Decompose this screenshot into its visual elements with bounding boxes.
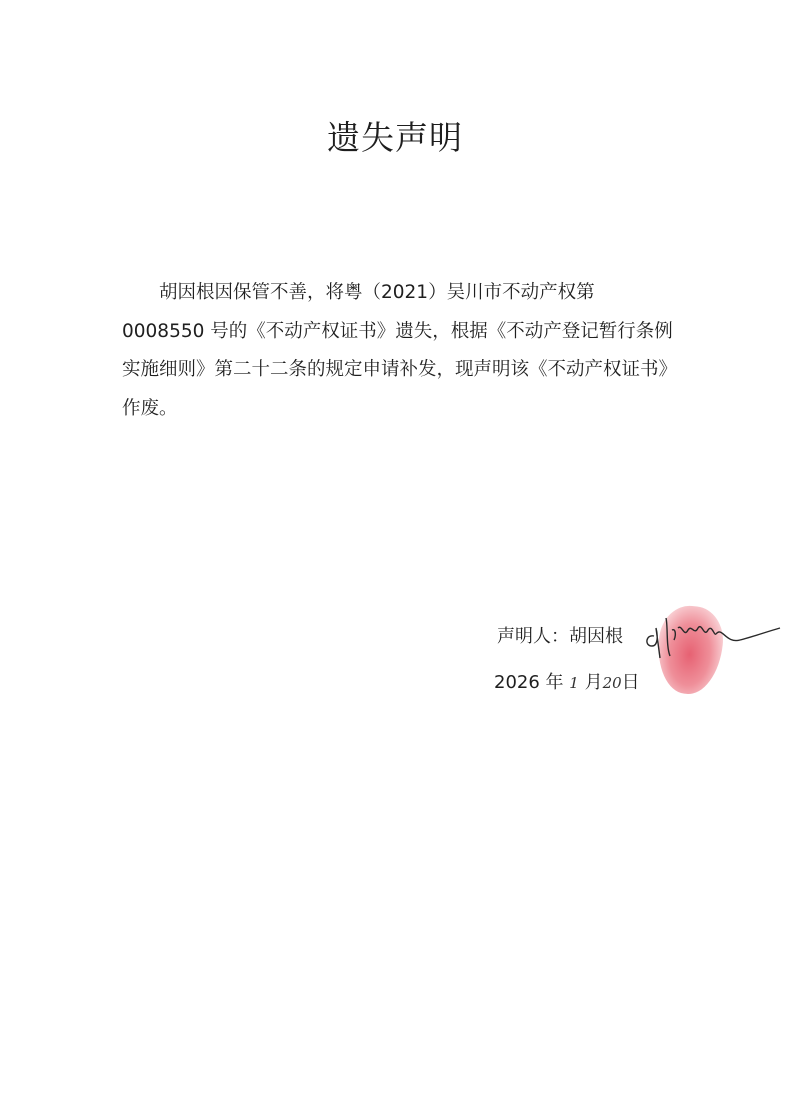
declaration-date: 2026 年 1 月20日	[494, 668, 640, 694]
date-day-handwritten: 20	[603, 674, 622, 692]
declaration-paragraph: 胡因根因保管不善，将粤（2021）吴川市不动产权第 0008550 号的《不动产…	[122, 274, 682, 428]
paragraph-line: 作废。	[122, 390, 682, 429]
declarant-label: 声明人：胡因根	[497, 622, 623, 648]
document-title: 遗失声明	[0, 112, 790, 159]
date-month-handwritten: 1	[569, 674, 579, 692]
paragraph-line: 实施细则》第二十二条的规定申请补发，现声明该《不动产权证书》	[122, 351, 682, 390]
paragraph-line: 胡因根因保管不善，将粤（2021）吴川市不动产权第	[122, 274, 682, 313]
date-day-suffix: 日	[622, 672, 640, 693]
date-month-suffix: 月	[585, 672, 603, 693]
handwritten-signature-icon	[640, 606, 785, 666]
paragraph-line: 0008550 号的《不动产权证书》遗失，根据《不动产登记暂行条例	[122, 313, 682, 352]
date-year: 2026	[494, 672, 540, 693]
date-year-suffix: 年	[546, 672, 564, 693]
